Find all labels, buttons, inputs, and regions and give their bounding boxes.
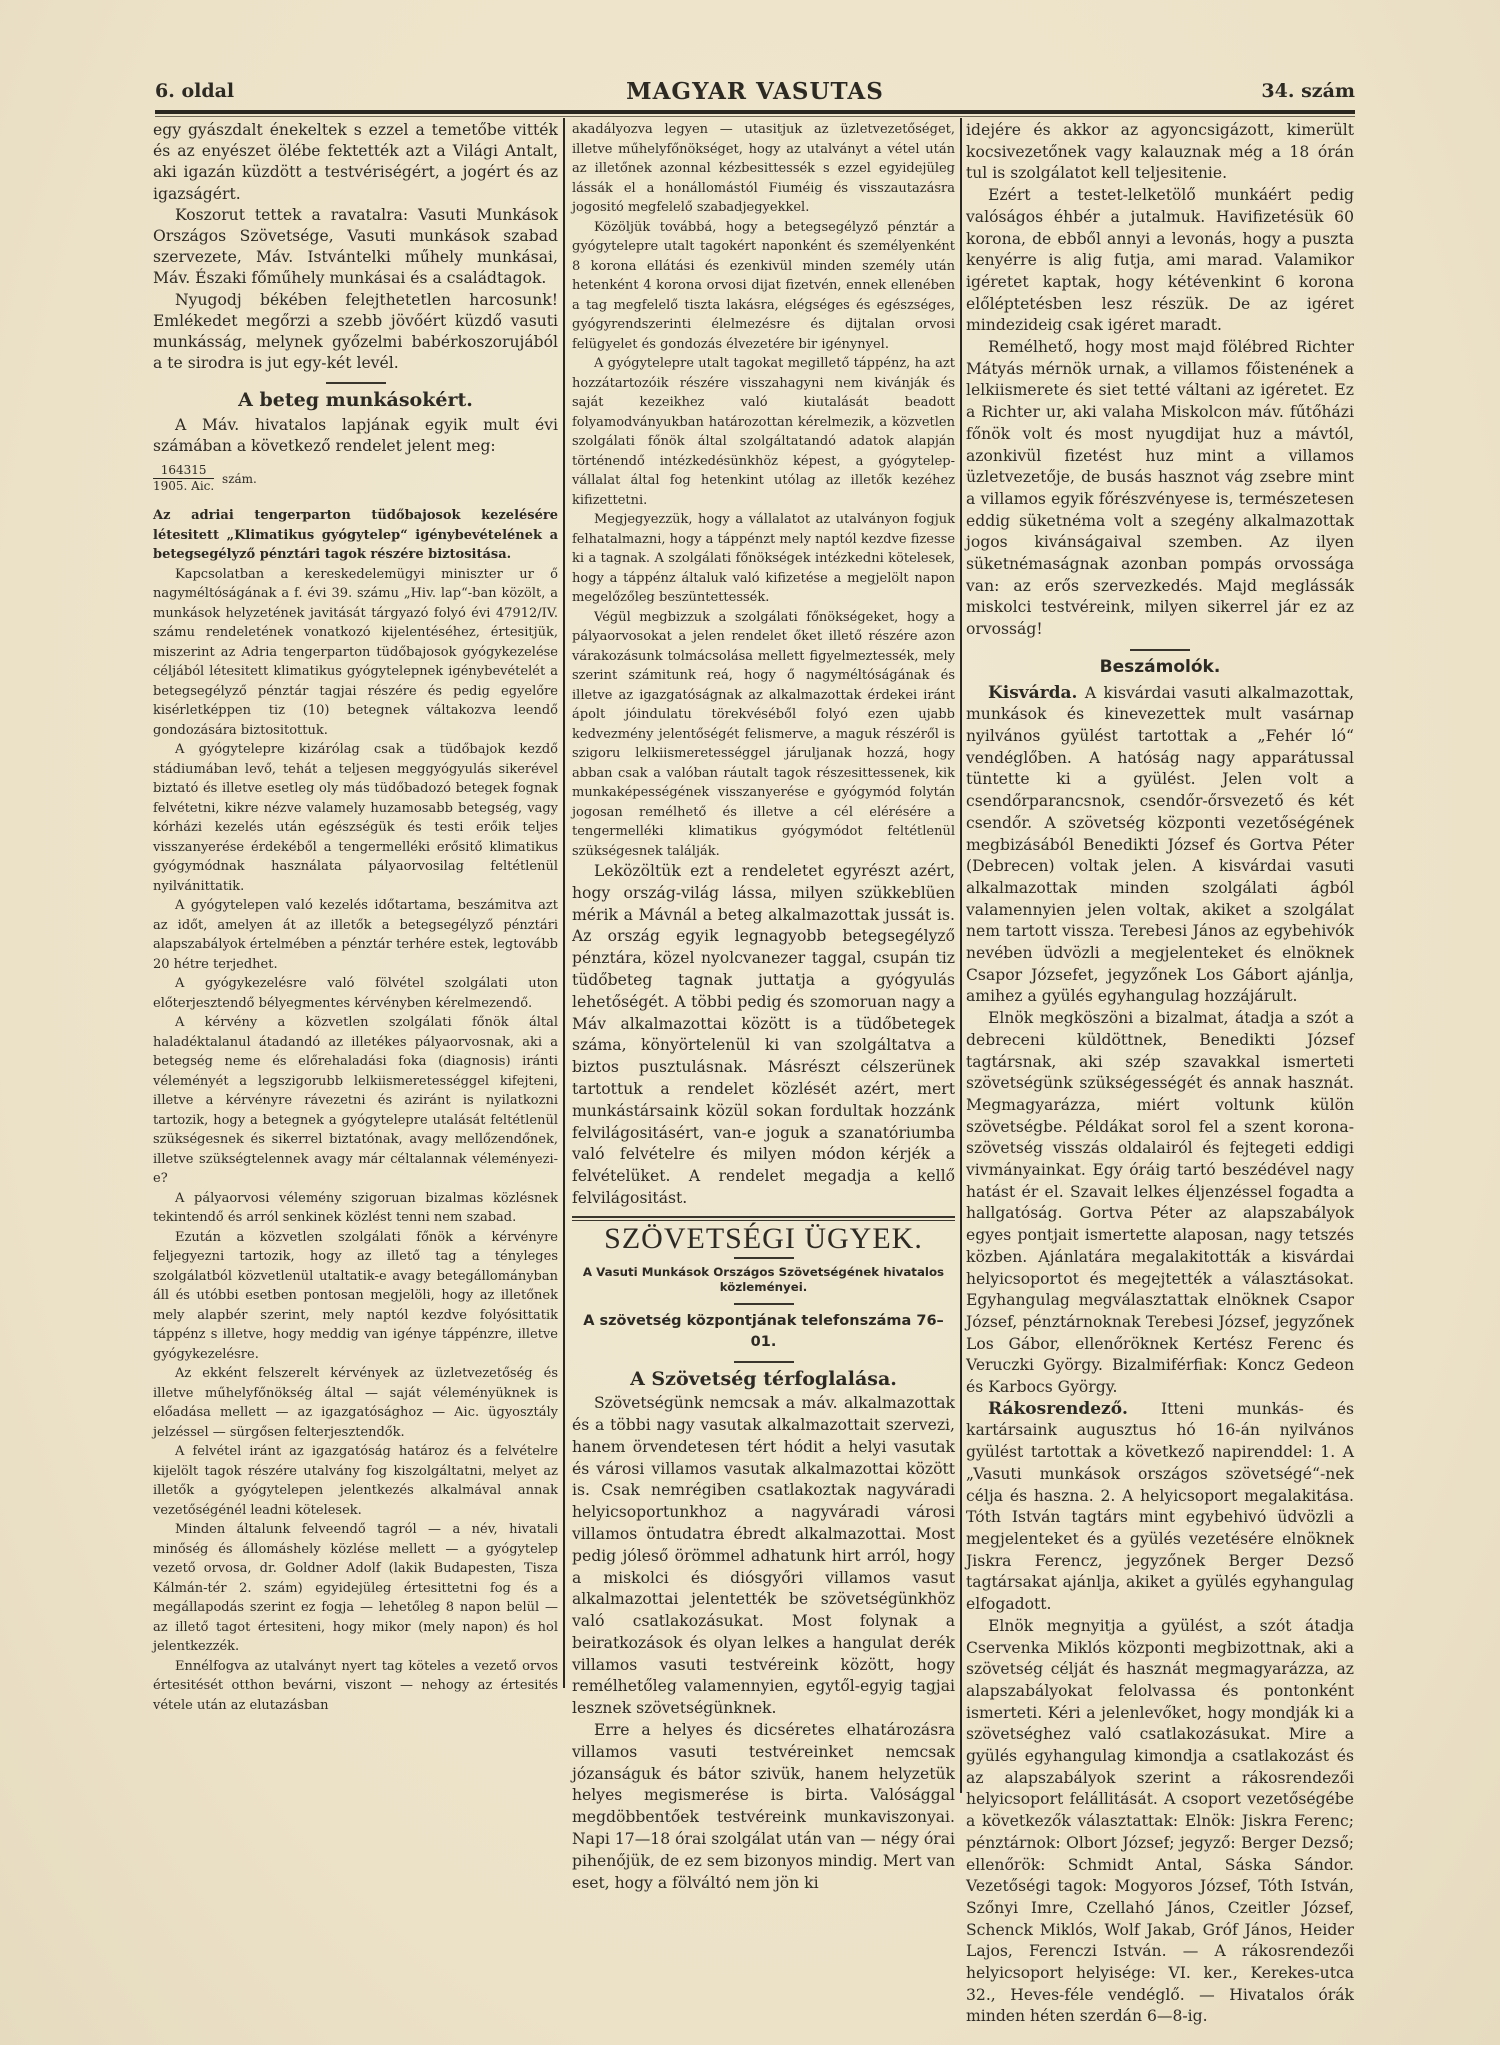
paragraph: Közöljük továbbá, hogy a betegsegélyző p… xyxy=(572,218,955,355)
paragraph: A Máv. hivatalos lapjának egyik mult évi… xyxy=(153,415,558,457)
section-separator xyxy=(1130,649,1190,651)
paragraph: Elnök megköszöni a bizalmat, átadja a sz… xyxy=(966,1008,1354,1399)
issue-number: 34. szám xyxy=(1261,80,1355,102)
paragraph: A gyógytelepen való kezelés időtartama, … xyxy=(153,896,558,974)
paragraph: Kapcsolatban a kereskedelemügyi miniszte… xyxy=(153,565,558,741)
report-location: Rákosrendező. xyxy=(988,1399,1128,1419)
decree-numerator: 164315 xyxy=(153,463,214,479)
paragraph: egy gyászdalt énekeltek s ezzel a temető… xyxy=(153,120,558,205)
paragraph: A kérvény a közvetlen szolgálati főnök á… xyxy=(153,1013,558,1189)
paragraph: akadályozva legyen — utasitjuk az üzletv… xyxy=(572,120,955,218)
report-rakosrendezo: Rákosrendező. Itteni munkás- és kartársa… xyxy=(966,1399,1354,1616)
paragraph: Az ekként felszerelt kérvények az üzletv… xyxy=(153,1364,558,1442)
paragraph: Minden általunk felveendő tagról — a név… xyxy=(153,1520,558,1657)
phone-notice: A szövetség központjának telefonszáma 76… xyxy=(572,1311,955,1352)
paragraph: Ezért a testet-lelketölő munkáért pedig … xyxy=(966,185,1354,337)
section-separator xyxy=(734,1257,794,1259)
paragraph: A felvétel iránt az igazgatóság határoz … xyxy=(153,1442,558,1520)
article-heading: A beteg munkásokért. xyxy=(153,390,558,411)
report-kisvarda: Kisvárda. A kisvárdai vasuti alkalmazott… xyxy=(966,683,1354,1009)
paragraph: Megjegyezzük, hogy a vállalatot az utalv… xyxy=(572,510,955,608)
obituary-section: egy gyászdalt énekeltek s ezzel a temető… xyxy=(153,120,558,374)
header-rule xyxy=(155,110,1355,114)
report-text: A kisvárdai vasuti alkalmazottak, munkás… xyxy=(966,684,1354,1006)
decree-suffix: szám. xyxy=(222,472,257,486)
report-location: Kisvárda. xyxy=(988,683,1077,703)
column-2: akadályozva legyen — utasitjuk az üzletv… xyxy=(572,120,955,1894)
decree-title: Az adriai tengerparton tüdőbajosok kezel… xyxy=(153,506,558,565)
section-subtitle: A Vasuti Munkások Országos Szövetségének… xyxy=(572,1265,955,1295)
paragraph: A pályaorvosi vélemény szigoruan bizalma… xyxy=(153,1189,558,1228)
decree-number: 1643151905. Aic. szám. xyxy=(153,459,558,500)
paragraph: A gyógykezelésre való fölvétel szolgálat… xyxy=(153,974,558,1013)
column-3: idejére és akkor az agyoncsigázott, kime… xyxy=(966,120,1354,2028)
report-text: Itteni munkás- és kartársaink augusztus … xyxy=(966,1400,1354,1613)
decree-denominator: 1905. Aic. xyxy=(153,479,214,494)
paragraph: Szövetségünk nemcsak a máv. alkalmazotta… xyxy=(572,1393,955,1720)
paragraph: A gyógytelepre kizárólag csak a tüdőbajo… xyxy=(153,740,558,896)
paragraph: Erre a helyes és dicséretes elhatározásr… xyxy=(572,1720,955,1894)
paragraph: Koszorut tettek a ravatalra: Vasuti Munk… xyxy=(153,205,558,290)
newspaper-page: 6. oldal MAGYAR VASUTAS 34. szám egy gyá… xyxy=(0,0,1500,2045)
header-rule-thin xyxy=(155,116,1355,117)
column-divider-1 xyxy=(563,118,565,1688)
paragraph: Ezután a közvetlen szolgálati főnök a ké… xyxy=(153,1228,558,1365)
article-heading: Beszámolók. xyxy=(966,657,1354,679)
paragraph: Nyugodj békében felejthetetlen harcosunk… xyxy=(153,290,558,375)
decree-text: Az adriai tengerparton tüdőbajosok kezel… xyxy=(153,506,558,1715)
paragraph: idejére és akkor az agyoncsigázott, kime… xyxy=(966,120,1354,185)
column-divider-2 xyxy=(960,118,962,1793)
paragraph: Végül megbizzuk a szolgálati főnökségeke… xyxy=(572,608,955,862)
paragraph: Elnök megnyitja a gyülést, a szót átadja… xyxy=(966,1616,1354,2028)
section-separator xyxy=(734,1361,794,1363)
paragraph: Leközöltük ezt a rendeletet egyrészt azé… xyxy=(572,861,955,1210)
section-rule xyxy=(572,1216,955,1221)
article-heading: A Szövetség térfoglalása. xyxy=(572,1369,955,1390)
section-separator xyxy=(326,382,386,384)
paragraph: Ennélfogva az utalványt nyert tag kötele… xyxy=(153,1657,558,1716)
paragraph: Remélhető, hogy most majd fölébred Richt… xyxy=(966,337,1354,641)
paragraph: A gyógytelepre utalt tagokat megillető t… xyxy=(572,354,955,510)
section-separator xyxy=(734,1303,794,1305)
column-1: egy gyászdalt énekeltek s ezzel a temető… xyxy=(153,120,558,1715)
page-header: 6. oldal MAGYAR VASUTAS 34. szám xyxy=(155,78,1355,110)
masthead-title: MAGYAR VASUTAS xyxy=(155,78,1355,105)
section-title: SZÖVETSÉGI ÜGYEK. xyxy=(572,1229,955,1250)
